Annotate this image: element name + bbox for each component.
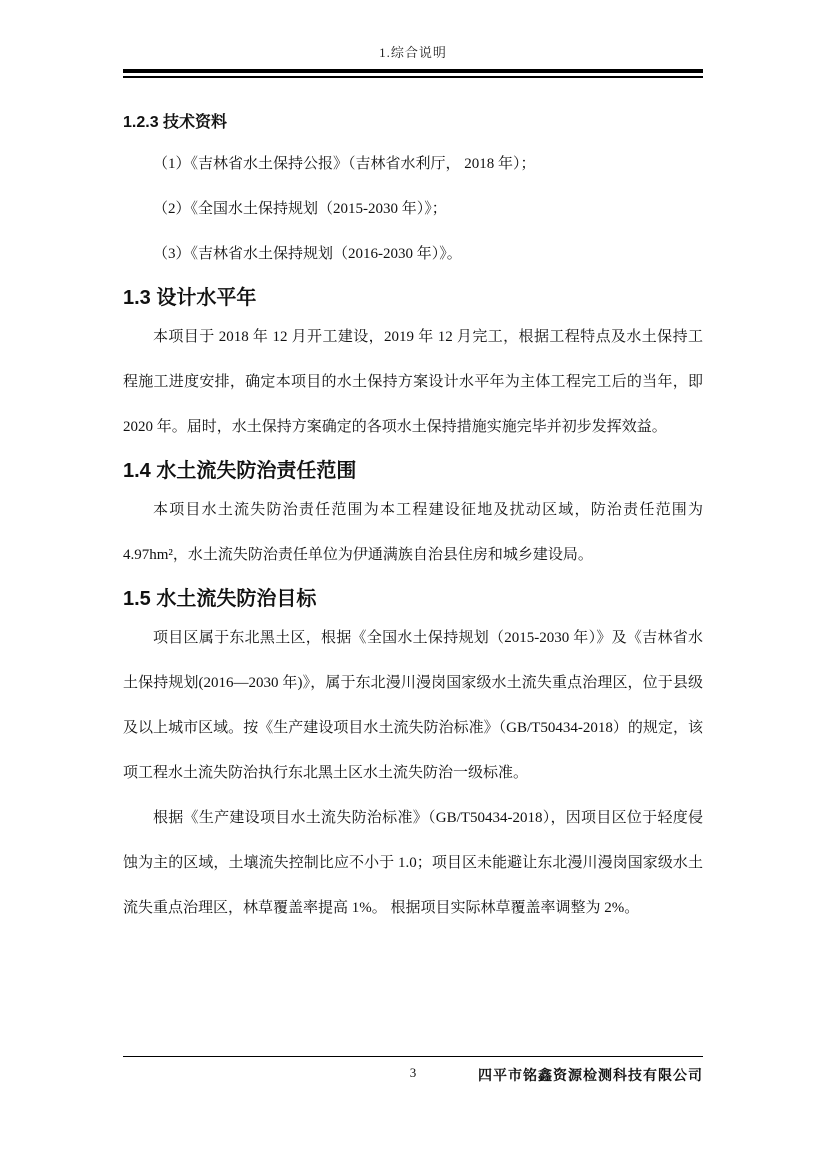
header-double-rule <box>123 69 703 78</box>
footer-company-name: 四平市铭鑫资源检测科技有限公司 <box>478 1065 703 1085</box>
document-content: 1.2.3 技术资料 （1）《吉林省水土保持公报》（吉林省水利厅， 2018 年… <box>123 100 703 931</box>
paragraph-control-targets-2: 根据《生产建设项目水土流失防治标准》（GB/T50434-2018），因项目区位… <box>123 796 703 931</box>
reference-list: （1）《吉林省水土保持公报》（吉林省水利厅， 2018 年）； （2）《全国水土… <box>123 142 703 277</box>
page-number: 3 <box>410 1065 417 1081</box>
reference-item-1: （1）《吉林省水土保持公报》（吉林省水利厅， 2018 年）； <box>123 142 703 187</box>
page-footer: 3 四平市铭鑫资源检测科技有限公司 <box>123 1056 703 1097</box>
running-header: 1.综合说明 <box>123 42 703 61</box>
paragraph-design-level-year: 本项目于 2018 年 12 月开工建设，2019 年 12 月完工，根据工程特… <box>123 315 703 450</box>
reference-item-3: （3）《吉林省水土保持规划（2016-2030 年）》。 <box>123 232 703 277</box>
paragraph-control-targets-1: 项目区属于东北黑土区，根据《全国水土保持规划（2015-2030 年）》及《吉林… <box>123 616 703 796</box>
section-heading-design-level-year: 1.3 设计水平年 <box>123 281 703 315</box>
section-heading-control-targets: 1.5 水土流失防治目标 <box>123 582 703 616</box>
document-page: 1.综合说明 1.2.3 技术资料 （1）《吉林省水土保持公报》（吉林省水利厅，… <box>0 0 827 1169</box>
paragraph-responsibility-scope: 本项目水土流失防治责任范围为本工程建设征地及扰动区域，防治责任范围为 4.97h… <box>123 488 703 578</box>
reference-item-2: （2）《全国水土保持规划（2015-2030 年）》； <box>123 187 703 232</box>
section-heading-technical-materials: 1.2.3 技术资料 <box>123 112 703 134</box>
running-header-title: 1.综合说明 <box>379 45 447 60</box>
section-heading-responsibility-scope: 1.4 水土流失防治责任范围 <box>123 454 703 488</box>
